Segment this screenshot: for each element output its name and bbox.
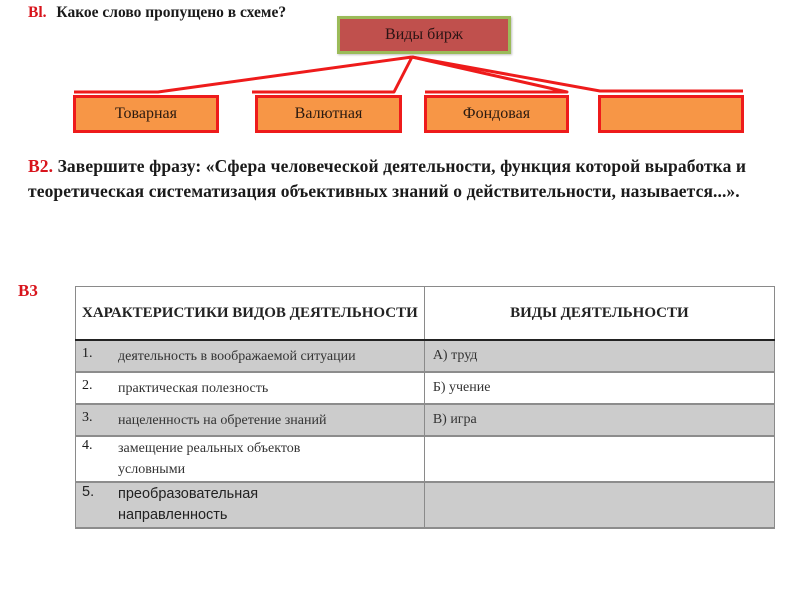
characteristic-cell: 4.замещение реальных объектов условными [76, 436, 425, 482]
table-row: 1.деятельность в воображаемой ситуации А… [76, 340, 775, 372]
activity-type-cell: А) труд [424, 340, 774, 372]
row-number: 3. [76, 410, 118, 426]
characteristic-cell: 5.преобразовательная направленность [76, 482, 425, 528]
activity-type-cell [424, 482, 774, 528]
characteristic-cell: 2.практическая полезность [76, 372, 425, 404]
diagram-node-missing[interactable] [598, 95, 744, 133]
diagram-node-stock: Фондовая [424, 95, 569, 133]
table-row: 2.практическая полезность Б) учение [76, 372, 775, 404]
matching-table: ХАРАКТЕРИСТИКИ ВИДОВ ДЕЯТЕЛЬНОСТИ ВИДЫ Д… [75, 286, 775, 529]
characteristic-text: преобразовательная направленность [118, 484, 318, 526]
characteristic-cell: 3.нацеленность на обретение знаний [76, 404, 425, 436]
characteristic-text: нацеленность на обретение знаний [118, 410, 418, 431]
exchange-types-diagram: Виды бирж Товарная Валютная Фондовая [0, 0, 800, 140]
header-activity-types: ВИДЫ ДЕЯТЕЛЬНОСТИ [424, 287, 774, 341]
question-2-label: В2. [28, 156, 53, 176]
diagram-node-commodity: Товарная [73, 95, 219, 133]
diagram-root-node: Виды бирж [337, 16, 511, 54]
header-characteristics: ХАРАКТЕРИСТИКИ ВИДОВ ДЕЯТЕЛЬНОСТИ [76, 287, 425, 341]
table-row: 3.нацеленность на обретение знаний В) иг… [76, 404, 775, 436]
characteristic-text: деятельность в воображаемой ситуации [118, 346, 418, 367]
table-row: 4.замещение реальных объектов условными [76, 436, 775, 482]
activity-type-cell: Б) учение [424, 372, 774, 404]
diagram-node-currency: Валютная [255, 95, 402, 133]
row-number: 5. [76, 484, 118, 500]
row-number: 1. [76, 346, 118, 362]
table-row: 5.преобразовательная направленность [76, 482, 775, 528]
question-2: В2. Завершите фразу: «Сфера человеческой… [28, 154, 768, 204]
activity-type-cell [424, 436, 774, 482]
characteristic-text: практическая полезность [118, 378, 418, 399]
header-activity-types-text: ВИДЫ ДЕЯТЕЛЬНОСТИ [425, 303, 774, 323]
header-characteristics-text: ХАРАКТЕРИСТИКИ ВИДОВ ДЕЯТЕЛЬНОСТИ [76, 303, 424, 323]
characteristic-cell: 1.деятельность в воображаемой ситуации [76, 340, 425, 372]
question-2-text: Завершите фразу: «Сфера человеческой дея… [28, 156, 746, 201]
row-number: 4. [76, 438, 118, 454]
characteristic-text: замещение реальных объектов условными [118, 438, 358, 480]
table-header-row: ХАРАКТЕРИСТИКИ ВИДОВ ДЕЯТЕЛЬНОСТИ ВИДЫ Д… [76, 287, 775, 341]
row-number: 2. [76, 378, 118, 394]
question-3-label: В3 [18, 281, 38, 301]
activity-type-cell: В) игра [424, 404, 774, 436]
